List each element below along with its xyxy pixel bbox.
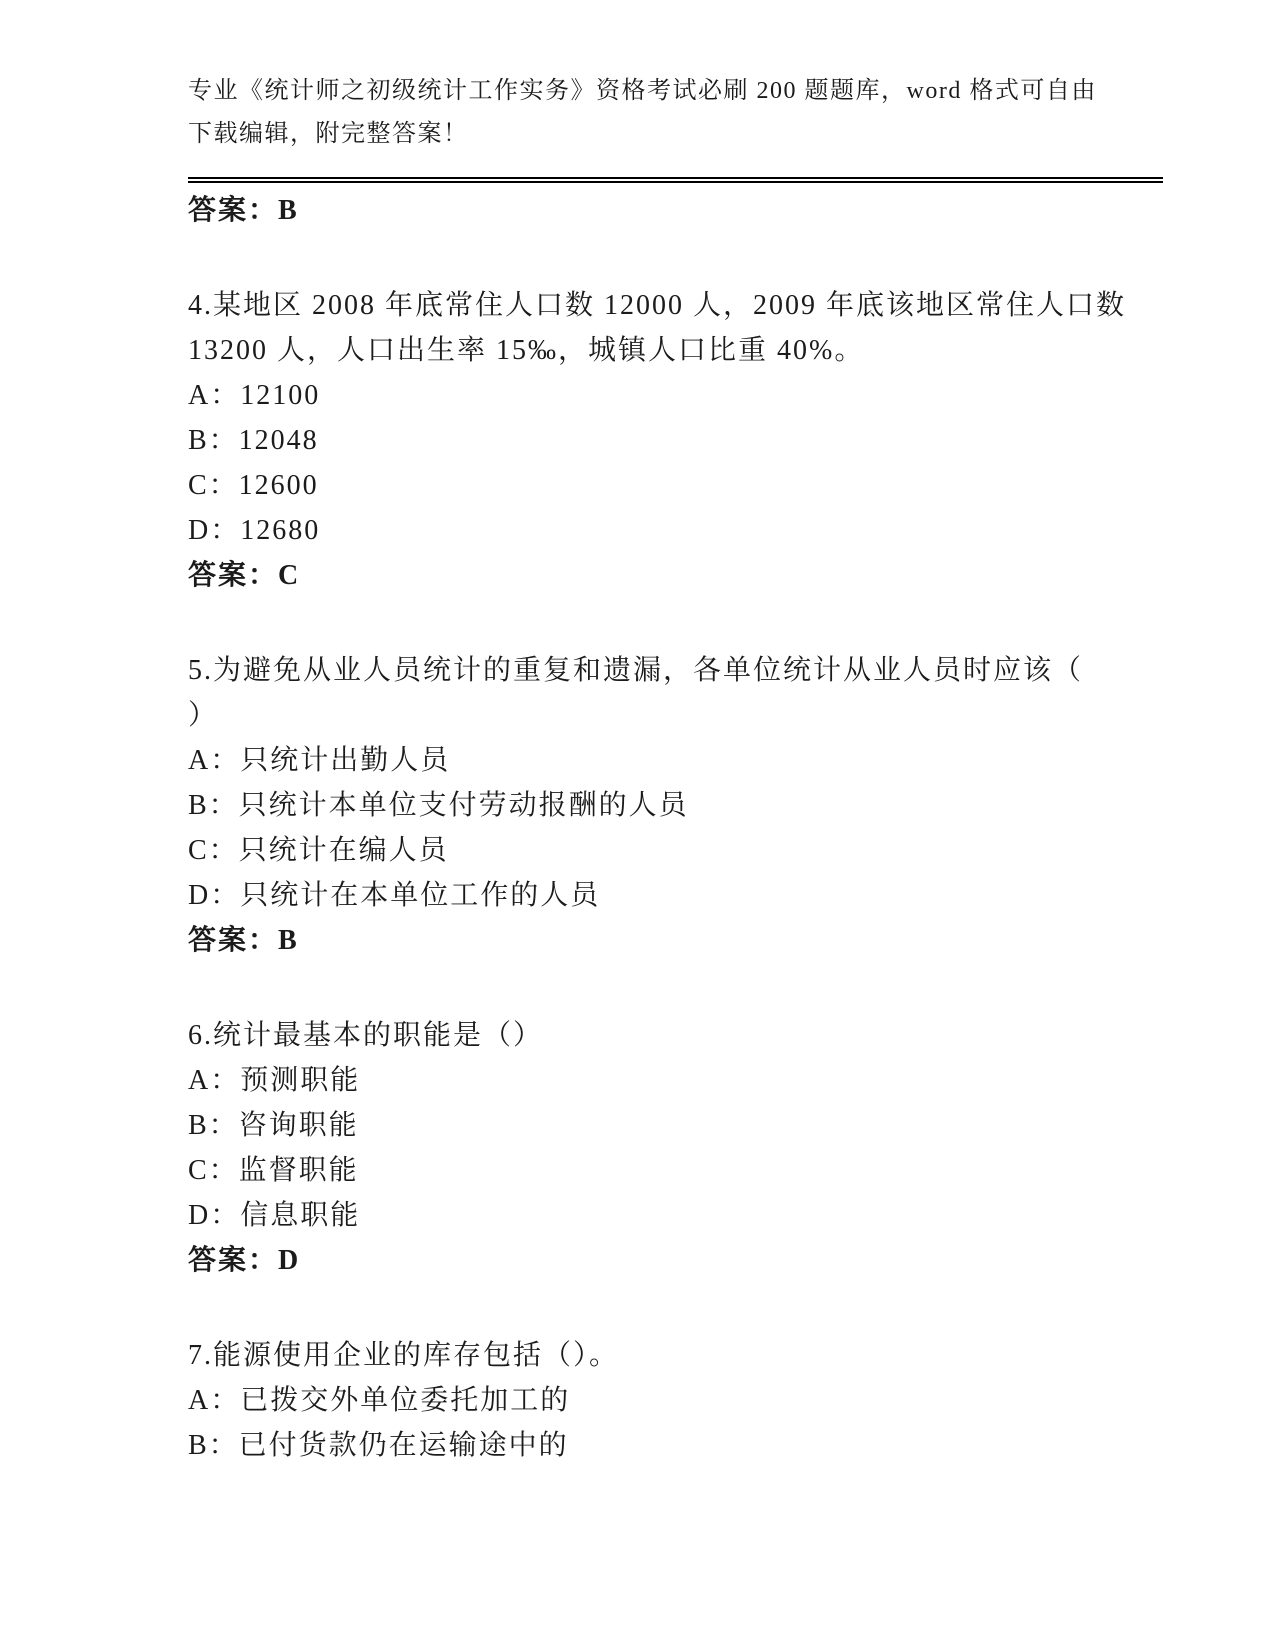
option-d: D：只统计在本单位工作的人员 [188, 873, 1198, 918]
option-a: A：已拨交外单位委托加工的 [188, 1378, 1198, 1423]
option-c: C：只统计在编人员 [188, 828, 1198, 873]
answer-line: 答案：C [188, 553, 1198, 598]
question-text-line: 13200 人，人口出生率 15‰，城镇人口比重 40%。 [188, 328, 1198, 373]
option-b: B：12048 [188, 418, 1198, 463]
header-title-line-1: 专业《统计师之初级统计工作实务》资格考试必刷 200 题题库，word 格式可自… [188, 70, 1275, 113]
option-a: A：预测职能 [188, 1058, 1198, 1103]
option-b: B：咨询职能 [188, 1103, 1198, 1148]
option-d: D：信息职能 [188, 1193, 1198, 1238]
question-block-6: 6.统计最基本的职能是（） A：预测职能 B：咨询职能 C：监督职能 D：信息职… [188, 1013, 1198, 1283]
question-block-7: 7.能源使用企业的库存包括（）。 A：已拨交外单位委托加工的 B：已付货款仍在运… [188, 1333, 1198, 1468]
question-block-5: 5.为避免从业人员统计的重复和遗漏，各单位统计从业人员时应该（ ） A：只统计出… [188, 648, 1198, 963]
option-c: C：监督职能 [188, 1148, 1198, 1193]
question-text-line: 7.能源使用企业的库存包括（）。 [188, 1333, 1198, 1378]
question-text-line: ） [188, 693, 1198, 738]
answer-line: 答案：B [188, 918, 1198, 963]
option-a: A：只统计出勤人员 [188, 738, 1198, 783]
option-b: B：已付货款仍在运输途中的 [188, 1423, 1198, 1468]
document-page: 专业《统计师之初级统计工作实务》资格考试必刷 200 题题库，word 格式可自… [0, 0, 1275, 1650]
document-body: 答案：B 4.某地区 2008 年底常住人口数 12000 人，2009 年底该… [188, 183, 1198, 1468]
option-b: B：只统计本单位支付劳动报酬的人员 [188, 783, 1198, 828]
answer-line-previous-question: 答案：B [188, 188, 1198, 233]
option-c: C：12600 [188, 463, 1198, 508]
question-text-line: 4.某地区 2008 年底常住人口数 12000 人，2009 年底该地区常住人… [188, 283, 1198, 328]
question-text-line: 5.为避免从业人员统计的重复和遗漏，各单位统计从业人员时应该（ [188, 648, 1198, 693]
page-header: 专业《统计师之初级统计工作实务》资格考试必刷 200 题题库，word 格式可自… [0, 0, 1275, 156]
option-d: D：12680 [188, 508, 1198, 553]
option-a: A：12100 [188, 373, 1198, 418]
header-title-line-2: 下载编辑，附完整答案！ [188, 113, 1275, 156]
question-text-line: 6.统计最基本的职能是（） [188, 1013, 1198, 1058]
answer-line: 答案：D [188, 1238, 1198, 1283]
question-block-4: 4.某地区 2008 年底常住人口数 12000 人，2009 年底该地区常住人… [188, 283, 1198, 598]
